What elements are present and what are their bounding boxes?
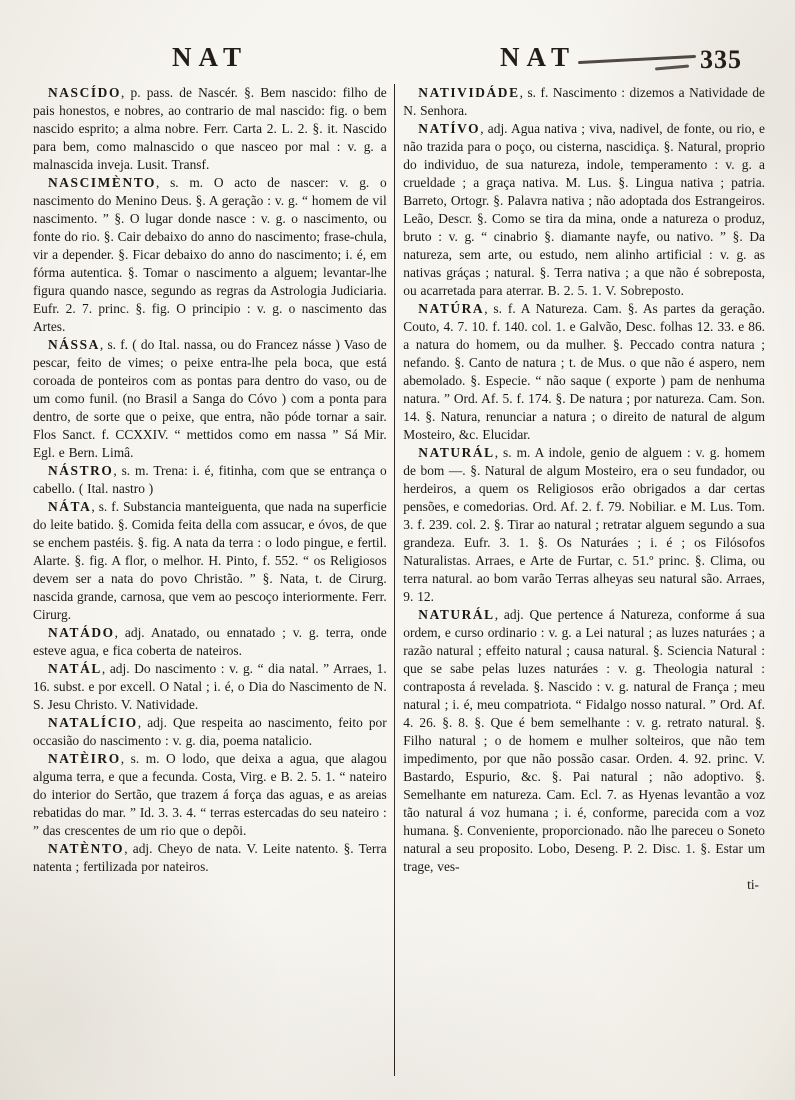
right-column: NATIVIDÁDE, s. f. Nascimento : dizemos a… [395, 84, 765, 1076]
running-title-right: NAT [500, 42, 576, 73]
entry-body: , adj. Agua nativa ; viva, nadivel, de f… [403, 121, 765, 298]
entry-natento: NATÈNTO, adj. Cheyo de nata. V. Leite na… [33, 840, 387, 876]
entry-natal: NATÁL, adj. Do nascimento : v. g. “ dia … [33, 660, 387, 714]
text-columns: NASCÍDO, p. pass. de Nascér. §. Bem nasc… [33, 84, 765, 1076]
entry-natural-subst: NATURÁL, s. m. A indole, genio de alguem… [403, 444, 765, 606]
running-title-left: NAT [172, 42, 248, 73]
entry-headword: NÁTA [48, 499, 91, 514]
entry-headword: NATALÍCIO [48, 715, 138, 730]
entry-nassa: NÁSSA, s. f. ( do Ital. nassa, ou do Fra… [33, 336, 387, 462]
entry-natividade: NATIVIDÁDE, s. f. Nascimento : dizemos a… [403, 84, 765, 120]
entry-headword: NATÁDO [48, 625, 115, 640]
entry-body: , adj. Que pertence á Natureza, conforme… [403, 607, 765, 874]
entry-natura: NATÚRA, s. f. A Natureza. Cam. §. As par… [403, 300, 765, 444]
page-number: 335 [700, 45, 742, 75]
entry-nascimento: NASCIMÈNTO, s. m. O acto de nascer: v. g… [33, 174, 387, 336]
entry-body: , s. f. ( do Ital. nassa, ou do Francez … [33, 337, 387, 460]
entry-headword: NÁSSA [48, 337, 100, 352]
entry-headword: NATÁL [48, 661, 102, 676]
entry-natural-adj: NATURÁL, adj. Que pertence á Natureza, c… [403, 606, 765, 876]
entry-headword: NATÈNTO [48, 841, 124, 856]
dictionary-page: NAT NAT 335 NASCÍDO, p. pass. de Nascér.… [0, 0, 795, 1100]
entry-body: , s. m. O acto de nascer: v. g. o nascim… [33, 175, 387, 334]
left-column: NASCÍDO, p. pass. de Nascér. §. Bem nasc… [33, 84, 394, 1076]
entry-headword: NATÍVO [418, 121, 480, 136]
entry-headword: NATURÁL [418, 445, 494, 460]
catchword: ti- [403, 876, 765, 894]
entry-nata: NÁTA, s. f. Substancia manteiguenta, que… [33, 498, 387, 624]
entry-nascido: NASCÍDO, p. pass. de Nascér. §. Bem nasc… [33, 84, 387, 174]
entry-headword: NASCÍDO [48, 85, 121, 100]
entry-body: , s. f. Substancia manteiguenta, que nad… [33, 499, 387, 622]
ink-dash-artifact [655, 65, 689, 70]
entry-natado: NATÁDO, adj. Anatado, ou ennatado ; v. g… [33, 624, 387, 660]
entry-nateiro: NATÈIRO, s. m. O lodo, que deixa a agua,… [33, 750, 387, 840]
entry-headword: NATURÁL [418, 607, 494, 622]
entry-headword: NATÚRA [418, 301, 484, 316]
entry-headword: NASCIMÈNTO [48, 175, 156, 190]
entry-nastro: NÁSTRO, s. m. Trena: i. é, fitinha, com … [33, 462, 387, 498]
entry-headword: NÁSTRO [48, 463, 113, 478]
entry-nativo: NATÍVO, adj. Agua nativa ; viva, nadivel… [403, 120, 765, 300]
entry-headword: NATIVIDÁDE [418, 85, 519, 100]
entry-natalicio: NATALÍCIO, adj. Que respeita ao nascimen… [33, 714, 387, 750]
ink-stroke-artifact [578, 55, 696, 64]
entry-headword: NATÈIRO [48, 751, 121, 766]
entry-body: , s. f. A Natureza. Cam. §. As partes da… [403, 301, 765, 442]
entry-body: , s. m. A indole, genio de alguem : v. g… [403, 445, 765, 604]
